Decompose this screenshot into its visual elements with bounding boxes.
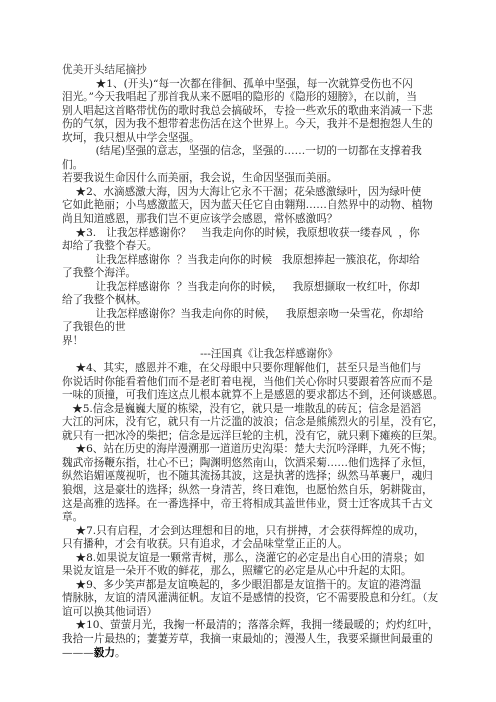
bold-keyword: 毅力 (94, 647, 115, 659)
document-title: 优美开头结尾摘抄 (62, 64, 436, 78)
section-1-lines: ★1、(开头)“每一次都在徘徊、孤单中坚强，每一次就算受伤也不闪 泪光。”今天我… (62, 78, 436, 349)
text-line: (结尾)坚强的意志，坚强的信念，坚强的……一切的一切都在支撑着我 (62, 145, 436, 159)
text-line: 却给了我整个春天。 (62, 240, 436, 254)
text-line: ★6、站在历史的海岸漫溯那一道道历史沟渠：楚大夫沉吟泽畔，九死不悔； (62, 443, 436, 457)
text-line: 章。 (62, 511, 436, 525)
text-line: 伤的气氛，因为我不想带着悲伤活在这个世界上。今天，我并不是想抱怨人生的 (62, 118, 436, 132)
text-line: ★10、萤萤月光，我掬一杯最清的；落落余辉，我拥一缕最暖的；灼灼红叶， (62, 619, 436, 633)
text-line: 让我怎样感谢你？当我走向你的时候， 我原想亲吻一朵雪花，你却给 (62, 308, 436, 322)
text-line: 了我银色的世 (62, 321, 436, 335)
text-line: 泪光。”今天我唱起了那首我从来不愿唱的隐形的《隐形的翅膀》，在以前，当 (62, 91, 436, 105)
text-line: 情脉脉，友谊的清风灌满征帆。友谊不是感情的投资，它不需要股息和分红。（友 (62, 592, 436, 606)
final-line: ———毅力。 (62, 647, 436, 661)
text-line: ★8.如果说友谊是一颗常青树，那么，浇灌它的必定是出自心田的清泉；如 (62, 552, 436, 566)
text-line: ★3. 让我怎样感谢你？ 当我走向你的时候，我原想收获一缕春风 ，你 (62, 227, 436, 241)
text-line: ★4、其实，感恩并不难，在父母眼中只要你理解他们，甚至只是当他们与 (62, 362, 436, 376)
text-line: 尚且知道感恩，那我们岂不更应该学会感恩，常怀感激吗？ (62, 213, 436, 227)
document-page: 优美开头结尾摘抄 ★1、(开头)“每一次都在徘徊、孤单中坚强，每一次就算受伤也不… (62, 64, 436, 660)
text-line: 就只有一把冰冷的柴把；信念是远洋巨轮的主机，没有它，就只剩下瘫痪的巨架。 (62, 430, 436, 444)
text-line: 若要我说生命因什么而美丽，我会说，生命因坚强而美丽。 (62, 172, 436, 186)
text-line: 了我整个海洋。 (62, 267, 436, 281)
text-line: ★7.只有启程，才会到达理想和目的地，只有拼搏，才会获得辉煌的成功， (62, 525, 436, 539)
text-line: 纵然谄媚诬蔑视听，也不随其流扬其波，这是执著的选择；纵然马革裹尸，魂归 (62, 470, 436, 484)
text-line: 它如此艳丽；小鸟感激蓝天，因为蓝天任它自由翱翔……自然界中的动物、植物 (62, 199, 436, 213)
text-line: 狼烟，这是豪壮的选择；纵然一身清苦，终日难饱，也愿怡然自乐，躬耕陇亩， (62, 484, 436, 498)
text-line: 界！ (62, 335, 436, 349)
text-line: 我拾一片最热的；萋萋芳草，我摘一束最灿的；漫漫人生，我要采撷世间最重的 (62, 633, 436, 647)
text-line: ★1、(开头)“每一次都在徘徊、孤单中坚强，每一次就算受伤也不闪 (62, 78, 436, 92)
section-2-lines: ★4、其实，感恩并不难，在父母眼中只要你理解他们，甚至只是当他们与 你说话时你能… (62, 362, 436, 660)
text-line: 别人唱起这首略带忧伤的歌时我总会搞破坏，专捡一些欢乐的歌曲来消减一下悲 (62, 105, 436, 119)
text-line: 一味的顶撞，可我们连这点儿根本就算不上是感恩的要求都达不到，还何谈感恩。 (62, 389, 436, 403)
text-line: ★2、水滴感激大海，因为大海让它永不干涸；花朵感激绿叶，因为绿叶使 (62, 186, 436, 200)
text-line: 谊可以换其他词语） (62, 606, 436, 620)
text-line: 坎坷，我只想从中学会坚强。 (62, 132, 436, 146)
text-line: 给了我整个枫林。 (62, 294, 436, 308)
text-line: 大江的河床，没有它，就只有一片泛滥的波浪；信念是熊熊烈火的引星，没有它， (62, 416, 436, 430)
text-line: ★5.信念是巍巍大厦的栋梁，没有它，就只是一堆散乱的砖瓦；信念是滔滔 (62, 403, 436, 417)
text-line: 你说话时你能看着他们而不是老盯着电视，当他们关心你时只要跟着答应而不是 (62, 376, 436, 390)
text-line: 只有播种，才会有收获。只有追求，才会品味堂堂正正的人。 (62, 538, 436, 552)
text-line: ★9、多少笑声都是友谊唤起的，多少眼泪都是友谊揩干的。友谊的港湾温 (62, 579, 436, 593)
text-line: 让我怎样感谢你 ？当我走向你的时候， 我原想撷取一枚红叶，你却 (62, 281, 436, 295)
text-line: 魏武帝扬鞭东指，壮心不已；陶渊明悠然南山，饮酒采菊……他们选择了永恒， (62, 457, 436, 471)
text-line: 让我怎样感谢你 ？当我走向你的时候 我原想捧起一簇浪花，你却给 (62, 254, 436, 268)
text-line: 果说友谊是一朵开不败的鲜花，那么，照耀它的必定是从心中升起的太阳。 (62, 565, 436, 579)
text-line: 们。 (62, 159, 436, 173)
period: 。 (115, 647, 126, 659)
em-dash: ——— (62, 647, 94, 659)
text-line: 这是高雅的选择。在一番选择中，帝王将相成其盖世伟业，贤士迁客成其千古文 (62, 498, 436, 512)
poem-attribution: ---汪国真《让我怎样感谢你》 (62, 348, 436, 362)
